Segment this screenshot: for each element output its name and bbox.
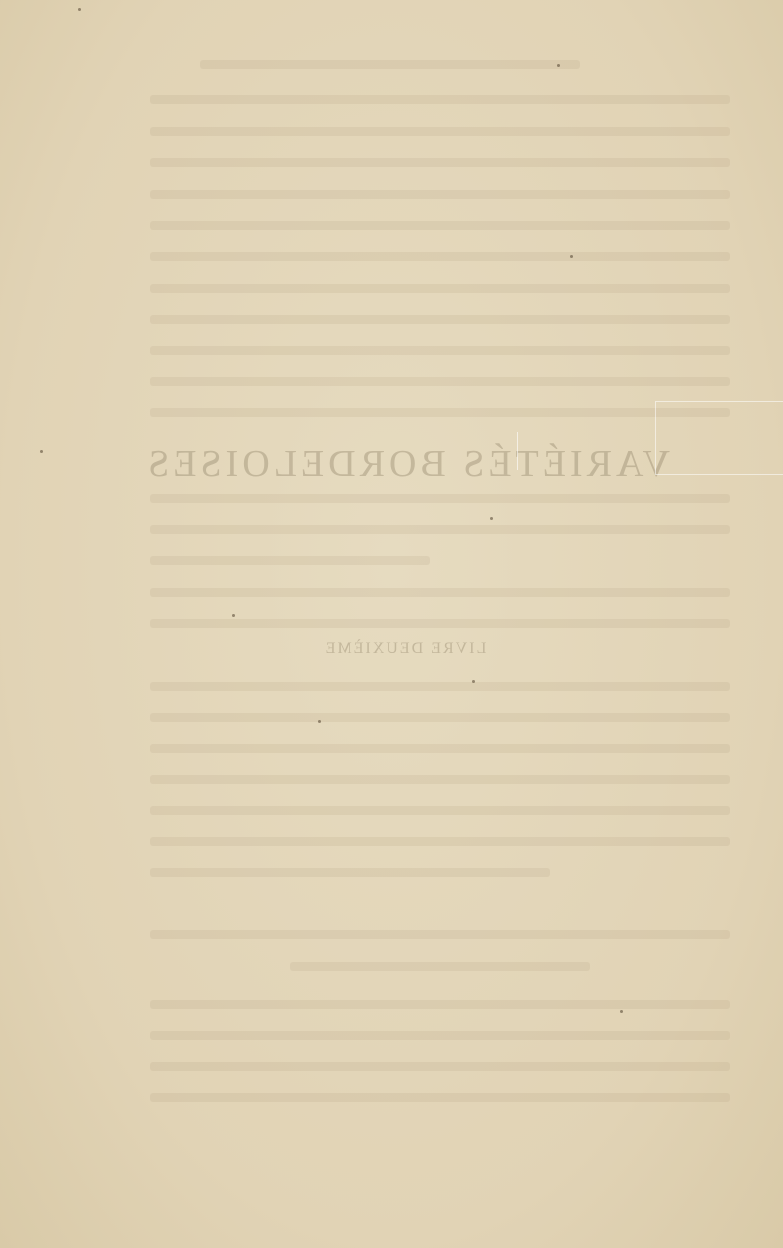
showthrough-line [150,588,730,597]
showthrough-line [150,556,430,565]
showthrough-line [150,525,730,534]
showthrough-line [150,1062,730,1071]
showthrough-line [150,806,730,815]
speck [490,517,493,520]
scanned-page: VARIÉTÉS BORDELOISES LIVRE DEUXIÈME [0,0,783,1248]
showthrough-line [150,127,730,136]
speck [570,255,573,258]
showthrough-title: VARIÉTÉS BORDELOISES [210,442,670,486]
showthrough-line [150,95,730,104]
showthrough-line [150,158,730,167]
showthrough-line [150,713,730,722]
showthrough-line [150,190,730,199]
showthrough-line [150,494,730,503]
showthrough-line [150,315,730,324]
showthrough-line [150,682,730,691]
speck [232,614,235,617]
showthrough-line [290,962,590,971]
showthrough-line [150,284,730,293]
showthrough-line [150,1000,730,1009]
showthrough-line [150,619,730,628]
showthrough-line [150,837,730,846]
showthrough-line [150,775,730,784]
speck [557,64,560,67]
speck [472,680,475,683]
showthrough-line [150,408,730,417]
showthrough-line [150,252,730,261]
speck [78,8,81,11]
speck [318,720,321,723]
showthrough-running-head [200,60,580,69]
showthrough-line [150,377,730,386]
showthrough-line [150,868,550,877]
speck [40,450,43,453]
showthrough-subtitle: LIVRE DEUXIÈME [320,640,490,658]
showthrough-line [150,1093,730,1102]
showthrough-line [150,346,730,355]
scan-artifact-box [655,401,783,475]
speck [620,1010,623,1013]
showthrough-line [150,930,730,939]
showthrough-line [150,1031,730,1040]
scan-artifact-line [517,432,518,470]
showthrough-line [150,221,730,230]
showthrough-line [150,744,730,753]
